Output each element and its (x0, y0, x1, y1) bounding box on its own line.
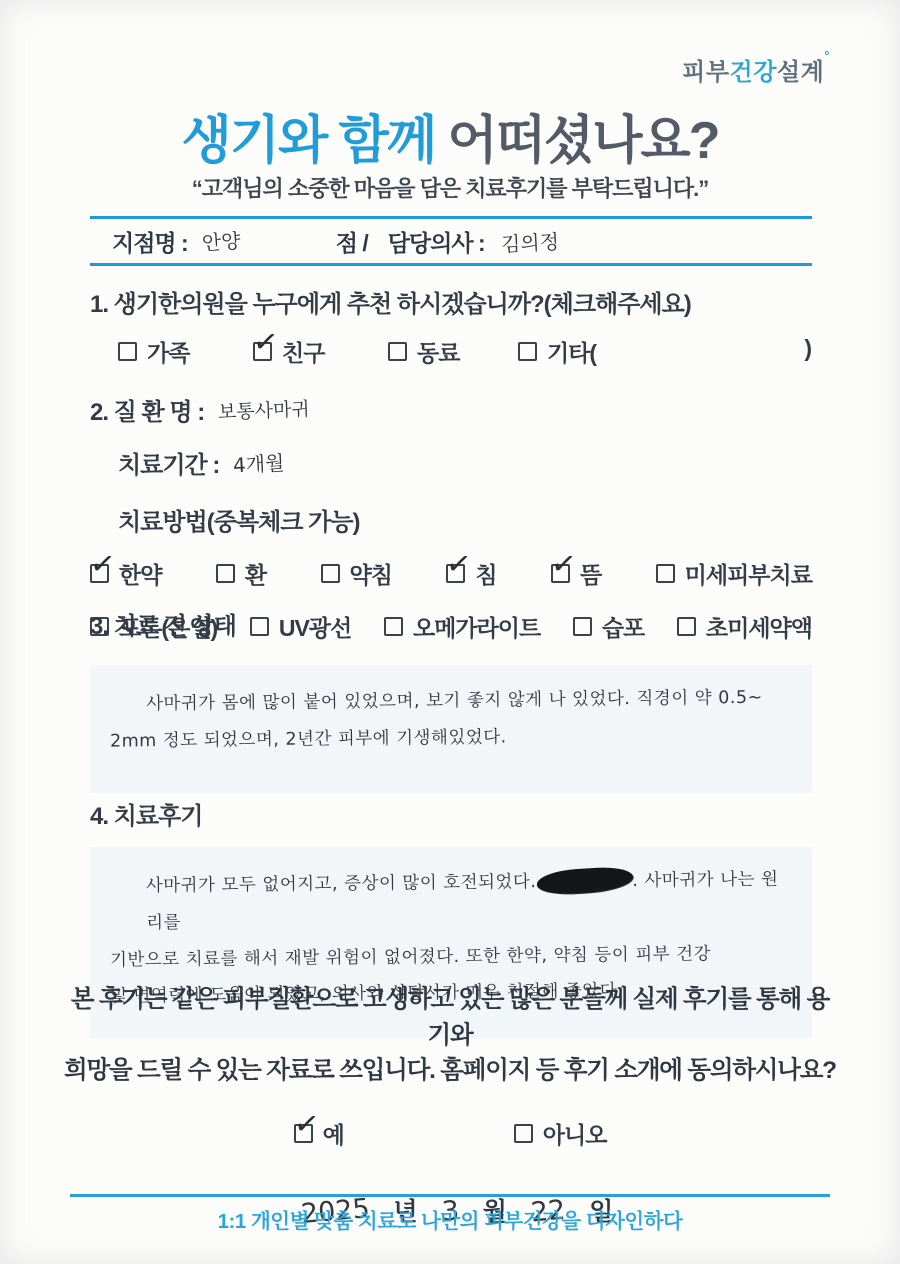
moxibustion-label: 뜸 (580, 557, 601, 590)
footer-divider (70, 1194, 830, 1197)
colleague-checkbox[interactable]: ✓ (388, 342, 407, 361)
colleague-label: 동료 (417, 335, 459, 368)
method-micro-skin-treatment[interactable]: ✓ 미세피부치료 (656, 557, 812, 590)
treatment-period-value-handwritten[interactable]: 4개월 (233, 447, 286, 479)
option-other[interactable]: ✓ 기타( (518, 335, 596, 368)
treatment-methods-label: 치료방법(중복체크 가능) (118, 502, 360, 537)
page-title-accent: 생기와 함께 (182, 112, 436, 170)
herbal-medicine-label: 한약 (119, 557, 161, 590)
check-mark-icon: ✓ (549, 548, 578, 581)
pill-label: 환 (245, 557, 266, 590)
question1-options: ✓ 가족 ✓ 친구 ✓ 동료 ✓ 기타( ) (90, 335, 812, 368)
review-form-page: 피부건강설계° 생기와 함께 어떠셨나요? “고객님의 소중한 마음을 담은 치… (0, 0, 900, 1264)
consent-no-checkbox[interactable]: ✓ (514, 1124, 533, 1143)
logo-part3: 설계 (777, 59, 824, 86)
branch-suffix-label: 점 / (336, 225, 368, 258)
question1-title: 1. 생기한의원을 누구에게 추천 하시겠습니까?(체크해주세요) (90, 284, 812, 319)
method-pharmacopuncture[interactable]: ✓ 약침 (321, 557, 392, 590)
doctor-label: 담당의사 : (388, 225, 485, 258)
option-colleague[interactable]: ✓ 동료 (388, 335, 518, 368)
question1-section: 1. 생기한의원을 누구에게 추천 하시겠습니까?(체크해주세요) ✓ 가족 ✓… (90, 284, 812, 368)
friend-label: 친구 (282, 335, 324, 368)
method-pill[interactable]: ✓ 환 (216, 557, 266, 590)
family-label: 가족 (147, 335, 189, 368)
other-checkbox[interactable]: ✓ (518, 342, 537, 361)
consent-yes-label: 예 (323, 1117, 344, 1150)
branch-label: 지점명 : (112, 225, 188, 258)
consent-yes-option[interactable]: ✓ 예 (294, 1117, 344, 1150)
pre-treatment-handwriting-area[interactable]: 사마귀가 몸에 많이 붙어 있었으며, 보기 좋지 않게 나 있었다. 직경이 … (90, 665, 812, 793)
method-moxibustion[interactable]: ✓ 뜸 (551, 557, 601, 590)
other-label: 기타( (547, 335, 596, 368)
disease-label: 2. 질 환 명 : (90, 392, 204, 427)
method-herbal-medicine[interactable]: ✓ 한약 (90, 557, 161, 590)
branch-value-handwritten[interactable]: 안양 (201, 218, 323, 255)
other-paren-close: ) (804, 335, 812, 368)
pharmacopuncture-checkbox[interactable]: ✓ (321, 564, 340, 583)
check-mark-icon: ✓ (251, 326, 280, 359)
page-title-rest: 어떠셨나요? (435, 112, 718, 170)
pre-treatment-section: 3. 치료 전 상태 사마귀가 몸에 많이 붙어 있었으며, 보기 좋지 않게 … (90, 606, 812, 793)
moxibustion-checkbox[interactable]: ✓ (551, 564, 570, 583)
micro-skin-treatment-label: 미세피부치료 (685, 557, 812, 590)
disease-value-handwritten[interactable]: 보통사마귀 (218, 394, 311, 424)
check-mark-icon: ✓ (292, 1108, 321, 1141)
logo-degree-mark: ° (824, 48, 830, 63)
doctor-value-handwritten[interactable]: 김의정 (500, 225, 559, 257)
option-family[interactable]: ✓ 가족 (118, 335, 253, 368)
brand-logo: 피부건강설계° (682, 52, 830, 87)
handwritten-line: 사마귀가 모두 없어지고, 증상이 많이 호전되었다.. 사마귀가 나는 원리를 (110, 861, 793, 942)
pre-treatment-title: 3. 치료 전 상태 (90, 606, 812, 641)
pill-checkbox[interactable]: ✓ (216, 564, 235, 583)
consent-line2: 희망을 드릴 수 있는 자료로 쓰입니다. 홈페이지 등 후기 소개에 동의하시… (60, 1053, 840, 1089)
consent-no-label: 아니오 (543, 1117, 607, 1150)
logo-part2: 건강 (730, 59, 777, 86)
friend-checkbox[interactable]: ✓ (253, 342, 272, 361)
consent-text: 본 후기는 같은 피부질환으로 고생하고 있는 많은 분들께 실제 후기를 통해… (60, 982, 840, 1089)
footer-slogan: 1:1 개인별 맞춤 치료로 나만의 피부건강을 디자인하다 (0, 1204, 900, 1234)
consent-options: ✓ 예 ✓ 아니오 (60, 1117, 840, 1150)
check-mark-icon: ✓ (88, 548, 117, 581)
acupuncture-label: 침 (475, 557, 496, 590)
redaction-scribble (536, 866, 633, 896)
handwritten-text: 사마귀가 모두 없어지고, 증상이 많이 호전되었다. (146, 872, 537, 896)
logo-part1: 피부 (682, 59, 729, 86)
page-subtitle: “고객님의 소중한 마음을 담은 치료후기를 부탁드립니다.” (0, 172, 900, 203)
option-friend[interactable]: ✓ 친구 (253, 335, 388, 368)
handwritten-line: 2mm 정도 되었으며, 2년간 피부에 기생해있었다. (110, 716, 792, 760)
consent-yes-checkbox[interactable]: ✓ (294, 1124, 313, 1143)
method-acupuncture[interactable]: ✓ 침 (446, 557, 496, 590)
consent-no-option[interactable]: ✓ 아니오 (514, 1117, 607, 1150)
consent-line1: 본 후기는 같은 피부질환으로 고생하고 있는 많은 분들께 실제 후기를 통해… (60, 982, 840, 1053)
consent-section: 본 후기는 같은 피부질환으로 고생하고 있는 많은 분들께 실제 후기를 통해… (60, 982, 840, 1228)
micro-skin-treatment-checkbox[interactable]: ✓ (656, 564, 675, 583)
treatment-methods-row1: ✓ 한약 ✓ 환 ✓ 약침 ✓ 침 ✓ 뜸 ✓ 미세피부치료 (90, 557, 812, 590)
pharmacopuncture-label: 약침 (350, 557, 392, 590)
branch-doctor-row: 지점명 : 안양 점 / 담당의사 : 김의정 (90, 216, 812, 266)
review-title: 4. 치료후기 (90, 796, 812, 831)
family-checkbox[interactable]: ✓ (118, 342, 137, 361)
herbal-medicine-checkbox[interactable]: ✓ (90, 564, 109, 583)
check-mark-icon: ✓ (444, 548, 473, 581)
page-title: 생기와 함께 어떠셨나요? (0, 98, 900, 173)
acupuncture-checkbox[interactable]: ✓ (446, 564, 465, 583)
treatment-period-label: 치료기간 : (118, 445, 219, 480)
